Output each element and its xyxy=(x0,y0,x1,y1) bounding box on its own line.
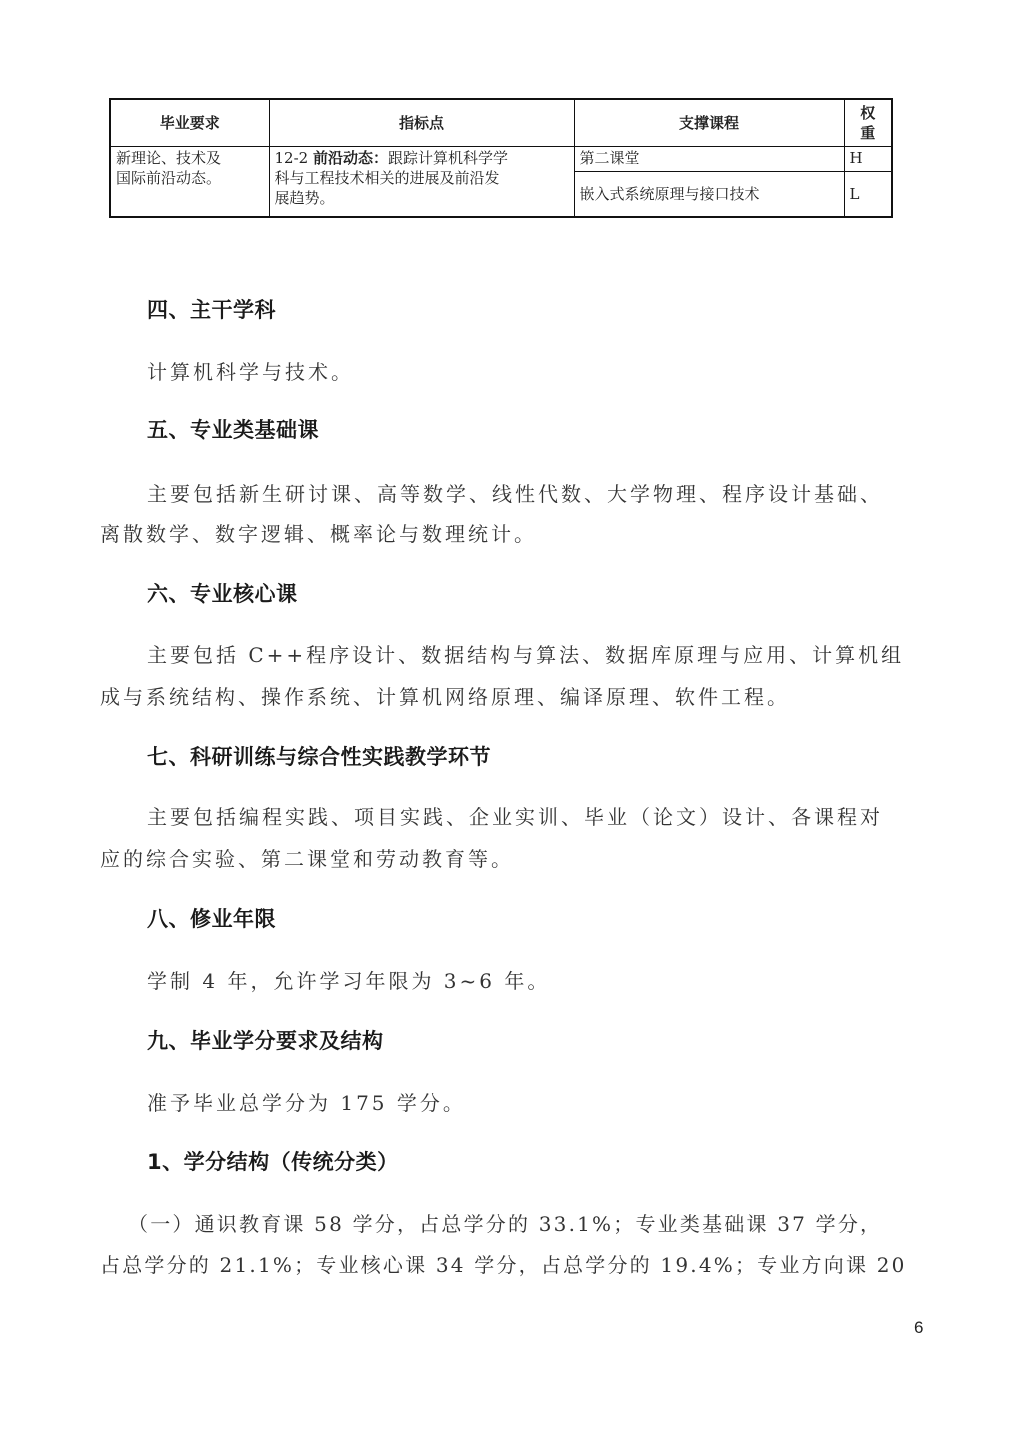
paragraph-line: 主要包括 C++程序设计、数据结构与算法、数据库原理与应用、计算机组 xyxy=(147,639,904,668)
table-row: 新理论、技术及 国际前沿动态。 12-2 前沿动态：跟踪计算机科学学 科与工程技… xyxy=(110,147,892,172)
paragraph-line: 学制 4 年，允许学习年限为 3~6 年。 xyxy=(147,965,550,994)
header-weight: 权 重 xyxy=(844,99,892,147)
paragraph-line: 应的综合实验、第二课堂和劳动教育等。 xyxy=(100,843,514,872)
paragraph-line: 主要包括新生研讨课、高等数学、线性代数、大学物理、程序设计基础、 xyxy=(147,478,883,507)
paragraph-line: 离散数学、数字逻辑、概率论与数理统计。 xyxy=(100,518,537,547)
section-heading: 四、主干学科 xyxy=(147,294,276,324)
document-page: 毕业要求 指标点 支撑课程 权 重 新理论、技术及 国际前沿动态。 12-2 前… xyxy=(0,0,1024,1448)
cell-course: 第二课堂 xyxy=(574,147,844,172)
paragraph-line: 计算机科学与技术。 xyxy=(147,356,354,385)
section-heading: 七、科研训练与综合性实践教学环节 xyxy=(147,741,491,771)
section-heading: 八、修业年限 xyxy=(147,903,276,933)
section-heading: 九、毕业学分要求及结构 xyxy=(147,1025,384,1055)
paragraph-line: 主要包括编程实践、项目实践、企业实训、毕业（论文）设计、各课程对 xyxy=(147,801,883,830)
section-heading: 六、专业核心课 xyxy=(147,578,298,608)
header-indicator: 指标点 xyxy=(269,99,574,147)
table-header-row: 毕业要求 指标点 支撑课程 权 重 xyxy=(110,99,892,147)
section-heading: 1、学分结构（传统分类） xyxy=(147,1146,399,1176)
section-heading: 五、专业类基础课 xyxy=(147,414,319,444)
graduation-requirement-table: 毕业要求 指标点 支撑课程 权 重 新理论、技术及 国际前沿动态。 12-2 前… xyxy=(109,98,893,218)
header-requirement: 毕业要求 xyxy=(110,99,269,147)
cell-course: 嵌入式系统原理与接口技术 xyxy=(574,172,844,218)
cell-indicator: 12-2 前沿动态：跟踪计算机科学学 科与工程技术相关的进展及前沿发 展趋势。 xyxy=(269,147,574,218)
cell-weight: L xyxy=(844,172,892,218)
paragraph-line: （一）通识教育课 58 学分，占总学分的 33.1%；专业类基础课 37 学分， xyxy=(128,1208,882,1237)
page-number: 6 xyxy=(914,1318,923,1338)
paragraph-line: 占总学分的 21.1%；专业核心课 34 学分，占总学分的 19.4%；专业方向… xyxy=(100,1249,907,1278)
cell-weight: H xyxy=(844,147,892,172)
header-courses: 支撑课程 xyxy=(574,99,844,147)
paragraph-line: 准予毕业总学分为 175 学分。 xyxy=(147,1087,466,1116)
cell-requirement: 新理论、技术及 国际前沿动态。 xyxy=(110,147,269,218)
paragraph-line: 成与系统结构、操作系统、计算机网络原理、编译原理、软件工程。 xyxy=(100,681,790,710)
